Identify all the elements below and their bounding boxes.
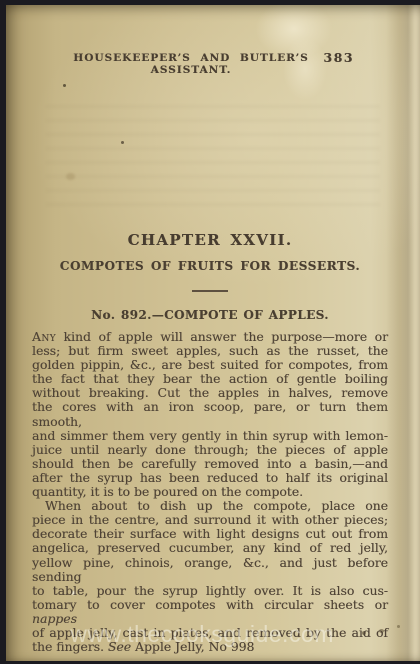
- page-number: 383: [323, 50, 354, 65]
- chapter-subtitle: COMPOTES OF FRUITS FOR DESSERTS.: [32, 259, 388, 273]
- recipe-heading: No. 892.—COMPOTE OF APPLES.: [32, 308, 388, 322]
- text-line: juice until nearly done through; the pie…: [32, 443, 388, 457]
- text-line: to table, pour the syrup lightly over. I…: [32, 584, 388, 598]
- text-line: quantity, it is to be poured on the comp…: [32, 485, 388, 499]
- lead-word: Any: [32, 329, 56, 344]
- text-line: piece in the centre, and surround it wit…: [32, 513, 388, 527]
- recipe-body: Any kind of apple will answer the purpos…: [32, 330, 388, 654]
- text-line: less; but firm sweet apples, such as the…: [32, 344, 388, 358]
- text-line: Any kind of apple will answer the purpos…: [32, 330, 388, 344]
- site-watermark: www.thecooksguide.com: [70, 621, 334, 648]
- text-segment: tomary to cover compotes with circular s…: [32, 597, 388, 612]
- text-line: angelica, preserved cucumber, any kind o…: [32, 541, 388, 555]
- text-segment: kind of apple will answer the purpose—mo…: [56, 329, 388, 344]
- text-block: HOUSEKEEPER’S AND BUTLER’S ASSISTANT. 38…: [32, 5, 388, 654]
- text-line: and simmer them very gently in thin syru…: [32, 429, 388, 443]
- text-line: the fact that they bear the action of ge…: [32, 372, 388, 386]
- divider-rule: [192, 290, 228, 292]
- text-line: should then be carefully removed into a …: [32, 457, 388, 471]
- text-line: after the syrup has been reduced to half…: [32, 471, 388, 485]
- text-line: golden pippin, &c., are best suited for …: [32, 358, 388, 372]
- text-line: the cores with an iron scoop, pare, or t…: [32, 400, 388, 428]
- chapter-title: CHAPTER XXVII.: [32, 231, 388, 249]
- scanned-book-photo: HOUSEKEEPER’S AND BUTLER’S ASSISTANT. 38…: [0, 0, 420, 664]
- text-line: decorate their surface with light design…: [32, 527, 388, 541]
- running-header: HOUSEKEEPER’S AND BUTLER’S ASSISTANT. 38…: [32, 52, 388, 76]
- text-line: yellow pine, chinois, orange, &c., and j…: [32, 556, 388, 584]
- book-page: HOUSEKEEPER’S AND BUTLER’S ASSISTANT. 38…: [6, 5, 420, 661]
- text-line: When about to dish up the compote, place…: [32, 499, 388, 513]
- paper-speck: [397, 625, 400, 628]
- running-header-title: HOUSEKEEPER’S AND BUTLER’S ASSISTANT.: [32, 52, 350, 76]
- text-line: without breaking. Cut the apples in halv…: [32, 386, 388, 400]
